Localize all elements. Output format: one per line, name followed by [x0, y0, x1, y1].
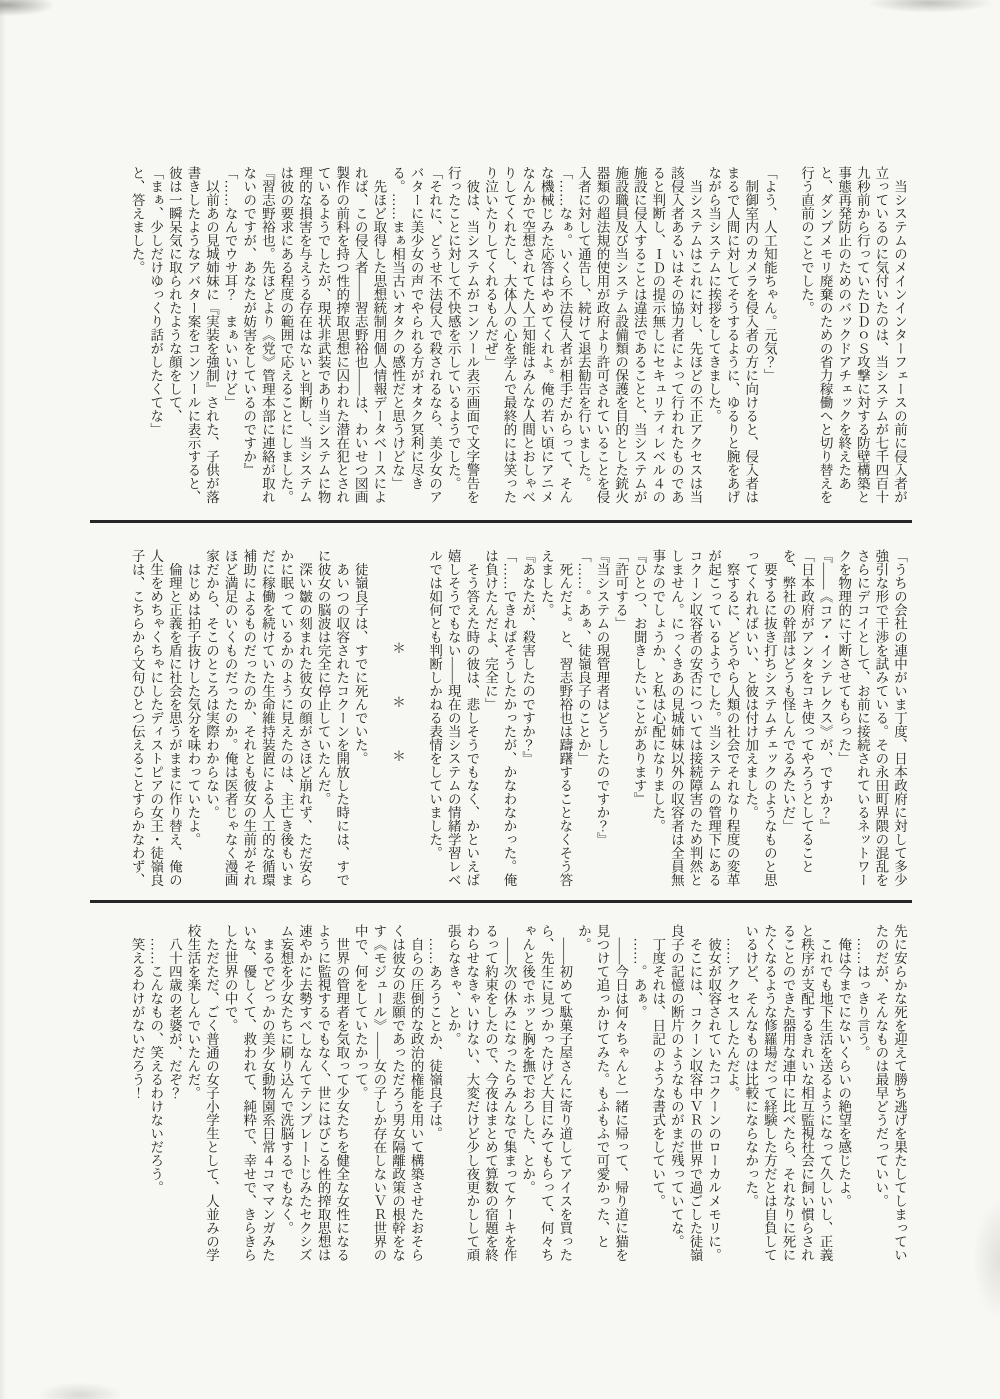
paragraph: そこには、コクーン収容中ＶＲの世界で過ごした徒嶺良子の記憶の断片のようなものがま… — [666, 924, 703, 1270]
paragraph: と、答えました。 — [127, 166, 146, 512]
paragraph: ただただ、ごく普通の女子小学生として、人並みの学校生活を楽しんでいたんだ。 — [183, 924, 220, 1270]
paragraph: 深い皺の刻まれた彼女の顔がさほど崩れず、ただ安らかに眠っているかのように見えたの… — [201, 549, 313, 895]
paragraph: ……。あぁ。 — [629, 924, 648, 1270]
section-divider-line-1 — [90, 520, 912, 523]
paragraph: 要するに抜き打ちシステムチェックのようなものと思ってくれればいい、と彼は付け加え… — [741, 549, 778, 895]
paragraph: 「よう、人工知能ちゃん。元気？」 — [759, 166, 778, 512]
paragraph: 世界の管理者を気取って少女たちを健全な女性になるように監視するでもなく、世にはび… — [276, 924, 350, 1270]
scanned-page: 当システムのメインインターフェースの前に侵入者が立っているのに気付いたのは、当シ… — [0, 0, 1000, 1399]
paragraph: 「うちの会社の連中がいま丁度、日本政府に対して多少強引な形で干渉を試みている。そ… — [834, 549, 908, 895]
paragraph: ……はっきり言う。 — [852, 924, 871, 1270]
paragraph: あいつの収容されたコクーンを開放した時には、すでに彼女の脳波は完全に停止していた… — [313, 549, 350, 895]
paragraph: 笑えるわけがないだろう！ — [127, 924, 146, 1270]
paragraph: 死んだよ。と、習志野裕也は躊躇することなくそう答えました。 — [536, 549, 573, 895]
paragraph: 八十四歳の老婆が、だぞ？ — [164, 924, 183, 1270]
paragraph: ……あろうことか、徒嶺良子は。 — [425, 924, 444, 1270]
paragraph: 自らの圧倒的な政治的権能を用いて構築させたおそらくは彼女の悲願であっただろう男女… — [350, 924, 424, 1270]
text-block-middle: 「うちの会社の連中がいま丁度、日本政府に対して多少強引な形で干渉を試みている。そ… — [127, 549, 908, 895]
paragraph: 『習志野裕也。先ほどより《党》管理本部に連絡が取れないのですが、あなたが妨害をし… — [239, 166, 276, 512]
paragraph: 倫理と正義を盾に社会を思うがままに作り替え、俺の人生をめちゃくちゃにしたディスト… — [127, 549, 183, 895]
paragraph: 彼は、当システムがコンソール表示画面で文字警告を行ったことに対して不快感を示して… — [443, 166, 480, 512]
paragraph: 先に安らかな死を迎えて勝ち逃げを果たしてしまっていたのだが、そんなものは最早どう… — [871, 924, 908, 1270]
paragraph: ……こんなもの、笑えるわけないだろう。 — [146, 924, 165, 1270]
text-block-bottom: 先に安らかな死を迎えて勝ち逃げを果たしてしまっていたのだが、そんなものは最早どう… — [127, 924, 908, 1270]
paragraph: 丁度それは、日記のような書式をしていて。 — [648, 924, 667, 1270]
paragraph: 当システムはこれに対し、先ほどの不正アクセスは当該侵入者あるいはその協力者によっ… — [573, 166, 703, 512]
paragraph: 当システムのメインインターフェースの前に侵入者が立っているのに気付いたのは、当シ… — [796, 166, 908, 512]
paragraph: 以前あの見城姉妹に『実装を強制』された、子供が落書きしたようなアバター案をコンソ… — [164, 166, 220, 512]
paragraph: 徒嶺良子は、すでに死んでいた。 — [350, 549, 369, 895]
paragraph: 「……なぁ。いくら不法侵入者が相手だからって、そんな機械じみた応答はやめてくれよ… — [480, 166, 573, 512]
paragraph: はじめは拍子抜けした気分を味わっていたよ。 — [183, 549, 202, 895]
paragraph: ――次の休みになったらみんなで集まってケーキを作るって約束をしたので、今夜はまと… — [443, 924, 517, 1270]
paragraph: 「……できればそうしたかったが、かなわなかった。俺は負けたんだよ、完全に」 — [480, 549, 517, 895]
paragraph: ――今日は何々ちゃんと一緒に帰って、帰り道に猫を見つけて追っかけてみた。もふもふ… — [573, 924, 629, 1270]
paragraph: 『あなたが、殺害したのですか？』 — [518, 549, 537, 895]
paragraph: まるでどっかの美少女動物園系日常４コママンガみたいな、優しくて、救われて、純粋で… — [220, 924, 276, 1270]
paragraph: そう答えた時の彼は、悲しそうでもなく、かといえば嬉しそうでもない――現在の当シス… — [425, 549, 481, 895]
paragraph: 『――《コア・インテレクス》が、ですか？』 — [815, 549, 834, 895]
paragraph: 察するに、どうやら人類の社会でそれなり程度の変革が起こっているようでした。当シス… — [648, 549, 741, 895]
paragraph: 「……。あぁ、徒嶺良子のことか」 — [573, 549, 592, 895]
paragraph: 「それに、どうせ不法侵入で殺されるなら、美少女のアバターに美少女の声でやられる方… — [387, 166, 443, 512]
paragraph: 「許可する」 — [611, 549, 630, 895]
paragraph: 先ほど取得した思想統制用個人情報データベースによれば、この侵入者――習志野裕也―… — [276, 166, 388, 512]
paragraph: 制御室内のカメラを侵入者の方に向けると、侵入者はまるで人間に対してそうするように… — [703, 166, 759, 512]
paragraph: これでも地下生活を送るようになって久しいし、正義と秩序が支配するきれいな相互監視… — [741, 924, 834, 1270]
paragraph: 俺は今までにないくらいの絶望を感じたよ。 — [834, 924, 853, 1270]
paragraph: 「日本政府がアンタをコキ使ってやろうとしてることを、弊社の幹部はどうも怪しんでる… — [778, 549, 815, 895]
paragraph: 「……なんでウサ耳？ まぁいいけど」 — [220, 166, 239, 512]
scene-break-asterisks: ＊ ＊ ＊ — [387, 549, 406, 895]
paragraph: ――初めて駄菓子屋さんに寄り道してアイスを買ったら、先生に見つかったけど大目にみ… — [518, 924, 574, 1270]
paragraph: ……アクセスしたんだよ。 — [722, 924, 741, 1270]
paragraph: 『ひとつ、お聞きしたいことがあります』 — [629, 549, 648, 895]
text-block-top: 当システムのメインインターフェースの前に侵入者が立っているのに気付いたのは、当シ… — [127, 166, 908, 512]
section-divider-line-2 — [90, 900, 912, 903]
paragraph: 彼女が収容されていたコクーンのローカルメモリに。 — [703, 924, 722, 1270]
paragraph: 『当システムの現管理者はどうしたのですか？』 — [592, 549, 611, 895]
paragraph: 「まぁ、少しだけゆっくり話がしたくてな」 — [146, 166, 165, 512]
